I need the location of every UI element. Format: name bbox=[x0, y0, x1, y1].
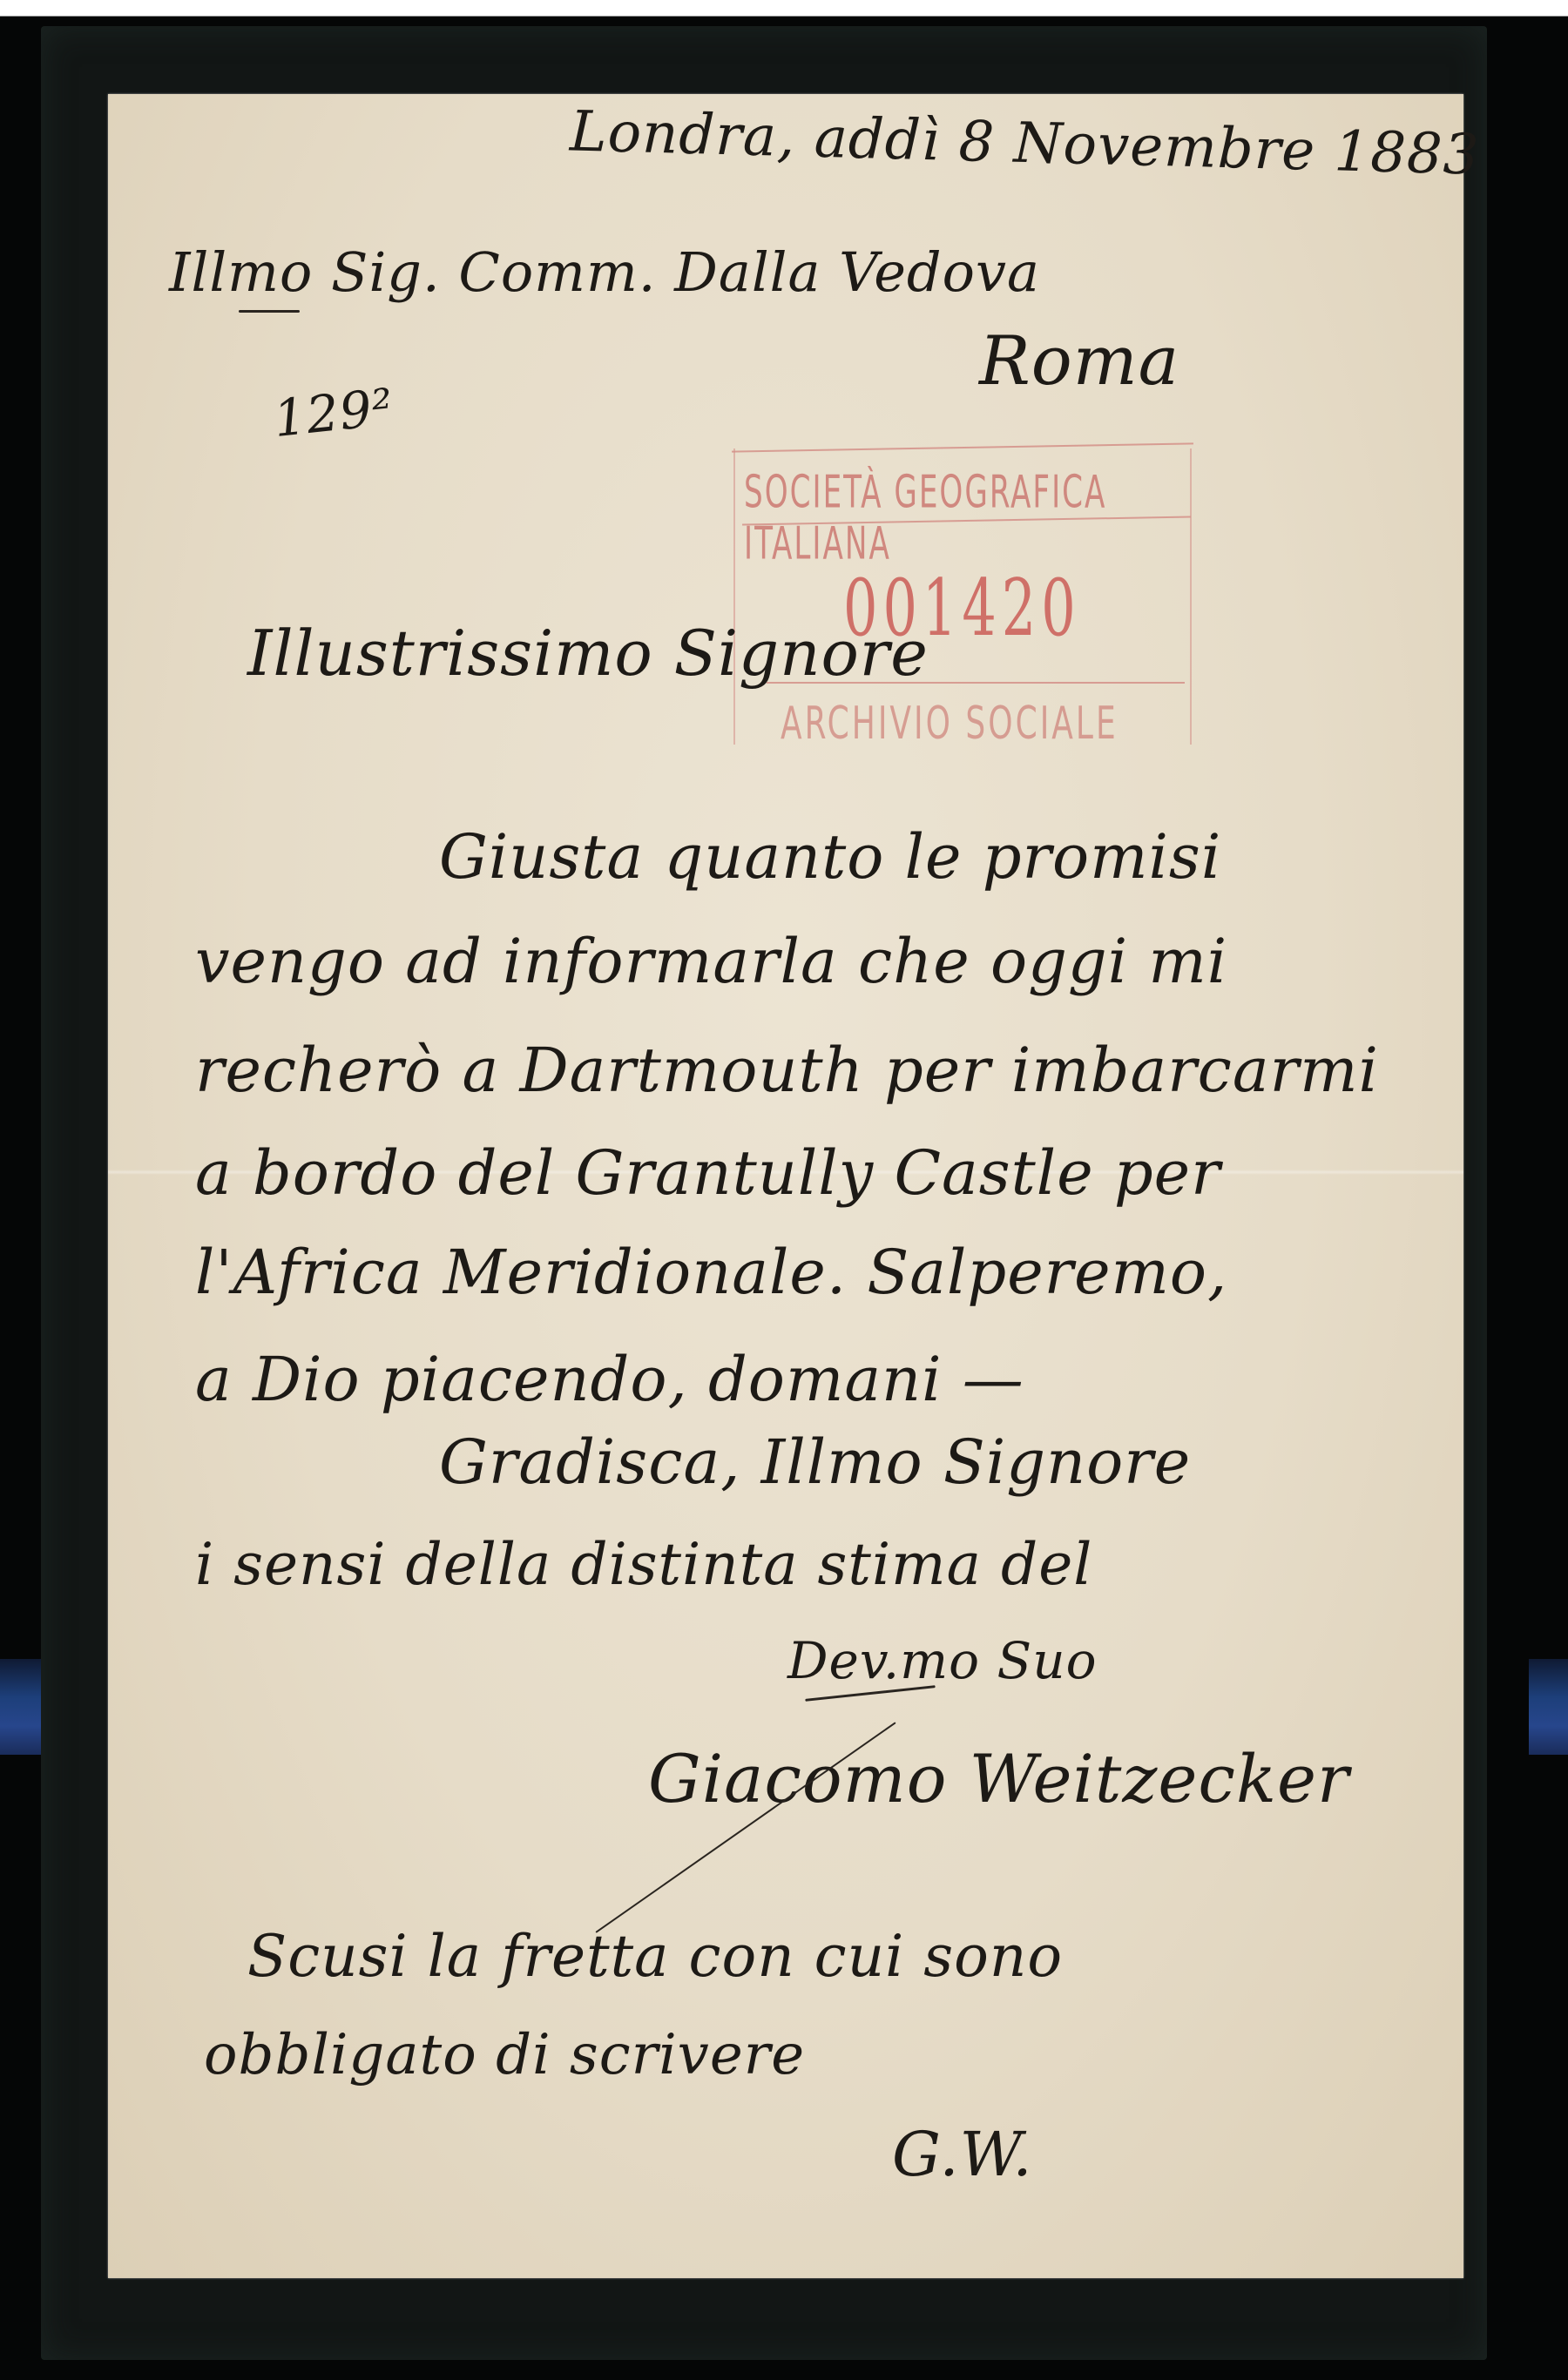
city: Roma bbox=[979, 322, 1179, 401]
signature: Giacomo Weitzecker bbox=[648, 1740, 1349, 1817]
addressee: Illmo Sig. Comm. Dalla Vedova bbox=[169, 240, 1040, 304]
closing-line: Gradisca, Illmo Signore bbox=[439, 1426, 1191, 1498]
body-line: Giusta quanto le promisi bbox=[439, 821, 1221, 893]
closing-line: i sensi della distinta stima del bbox=[195, 1531, 1092, 1598]
addressee-underline bbox=[239, 310, 300, 313]
stamp-footer: ARCHIVIO SOCIALE bbox=[781, 698, 1119, 750]
postscript-line: Scusi la fretta con cui sono bbox=[247, 1923, 1063, 1990]
place-date: Londra, addì 8 Novembre 1883 bbox=[569, 99, 1480, 187]
body-line: a Dio piacendo, domani — bbox=[195, 1344, 1024, 1415]
body-line: vengo ad informarla che oggi mi bbox=[195, 926, 1227, 997]
signature-prefix: Dev.mo Suo bbox=[787, 1631, 1098, 1690]
stamp-top-rule bbox=[732, 442, 1193, 452]
left-edge-blue-band bbox=[0, 1659, 42, 1755]
archive-stamp: SOCIETÀ GEOGRAFICA ITALIANA 001420 ARCHI… bbox=[732, 440, 1193, 758]
letter-paper: Londra, addì 8 Novembre 1883 Illmo Sig. … bbox=[108, 94, 1463, 2278]
top-white-strip bbox=[0, 0, 1568, 17]
right-edge-blue-band bbox=[1529, 1659, 1568, 1755]
body-line: a bordo del Grantully Castle per bbox=[195, 1137, 1221, 1209]
body-line: recherò a Dartmouth per imbarcarmi bbox=[195, 1035, 1379, 1106]
salutation: Illustrissimo Signore bbox=[247, 617, 929, 690]
initials: G.W. bbox=[892, 2119, 1033, 2190]
stamp-left-rule bbox=[733, 448, 735, 745]
archive-reference-number: 129² bbox=[271, 377, 396, 448]
postscript-line: obbligato di scrivere bbox=[204, 2023, 805, 2087]
body-line: l'Africa Meridionale. Salperemo, bbox=[195, 1237, 1227, 1308]
